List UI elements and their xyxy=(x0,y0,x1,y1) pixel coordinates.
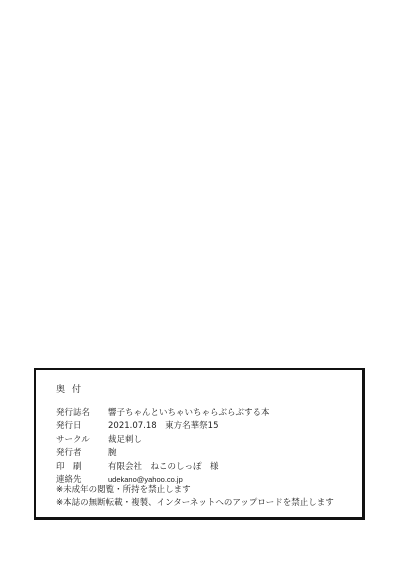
label: サークル xyxy=(56,433,108,445)
value: 裁足刺し xyxy=(108,433,142,445)
row-title: 発行誌名 響子ちゃんといちゃいちゃらぶらぶする本 xyxy=(56,405,270,419)
notes: ※未成年の閲覧・所持を禁止します ※本誌の無断転載・複製、インターネットへのアッ… xyxy=(56,484,334,510)
row-printer: 印 刷 有限会社 ねこのしっぽ 様 xyxy=(56,459,270,473)
label: 発行日 xyxy=(56,419,108,431)
row-date: 発行日 2021.07.18 東方名華祭15 xyxy=(56,419,270,433)
value: 響子ちゃんといちゃいちゃらぶらぶする本 xyxy=(108,406,270,418)
colophon-box: 奥付 発行誌名 響子ちゃんといちゃいちゃらぶらぶする本 発行日 2021.07.… xyxy=(34,368,365,520)
label: 印 刷 xyxy=(56,460,108,472)
value: 有限会社 ねこのしっぽ 様 xyxy=(108,460,219,472)
label: 発行誌名 xyxy=(56,406,108,418)
note-reproduction: ※本誌の無断転載・複製、インターネットへのアップロードを禁止します xyxy=(56,497,334,510)
row-publisher: 発行者 腕 xyxy=(56,446,270,460)
label: 発行者 xyxy=(56,446,108,458)
contact-email: udekano@yahoo.co.jp xyxy=(108,475,183,484)
note-minors: ※未成年の閲覧・所持を禁止します xyxy=(56,484,334,497)
row-circle: サークル 裁足刺し xyxy=(56,432,270,446)
colophon-rows: 発行誌名 響子ちゃんといちゃいちゃらぶらぶする本 発行日 2021.07.18 … xyxy=(56,405,270,486)
colophon-title: 奥付 xyxy=(56,382,88,395)
value: 2021.07.18 東方名華祭15 xyxy=(108,419,218,431)
value: 腕 xyxy=(108,446,117,458)
